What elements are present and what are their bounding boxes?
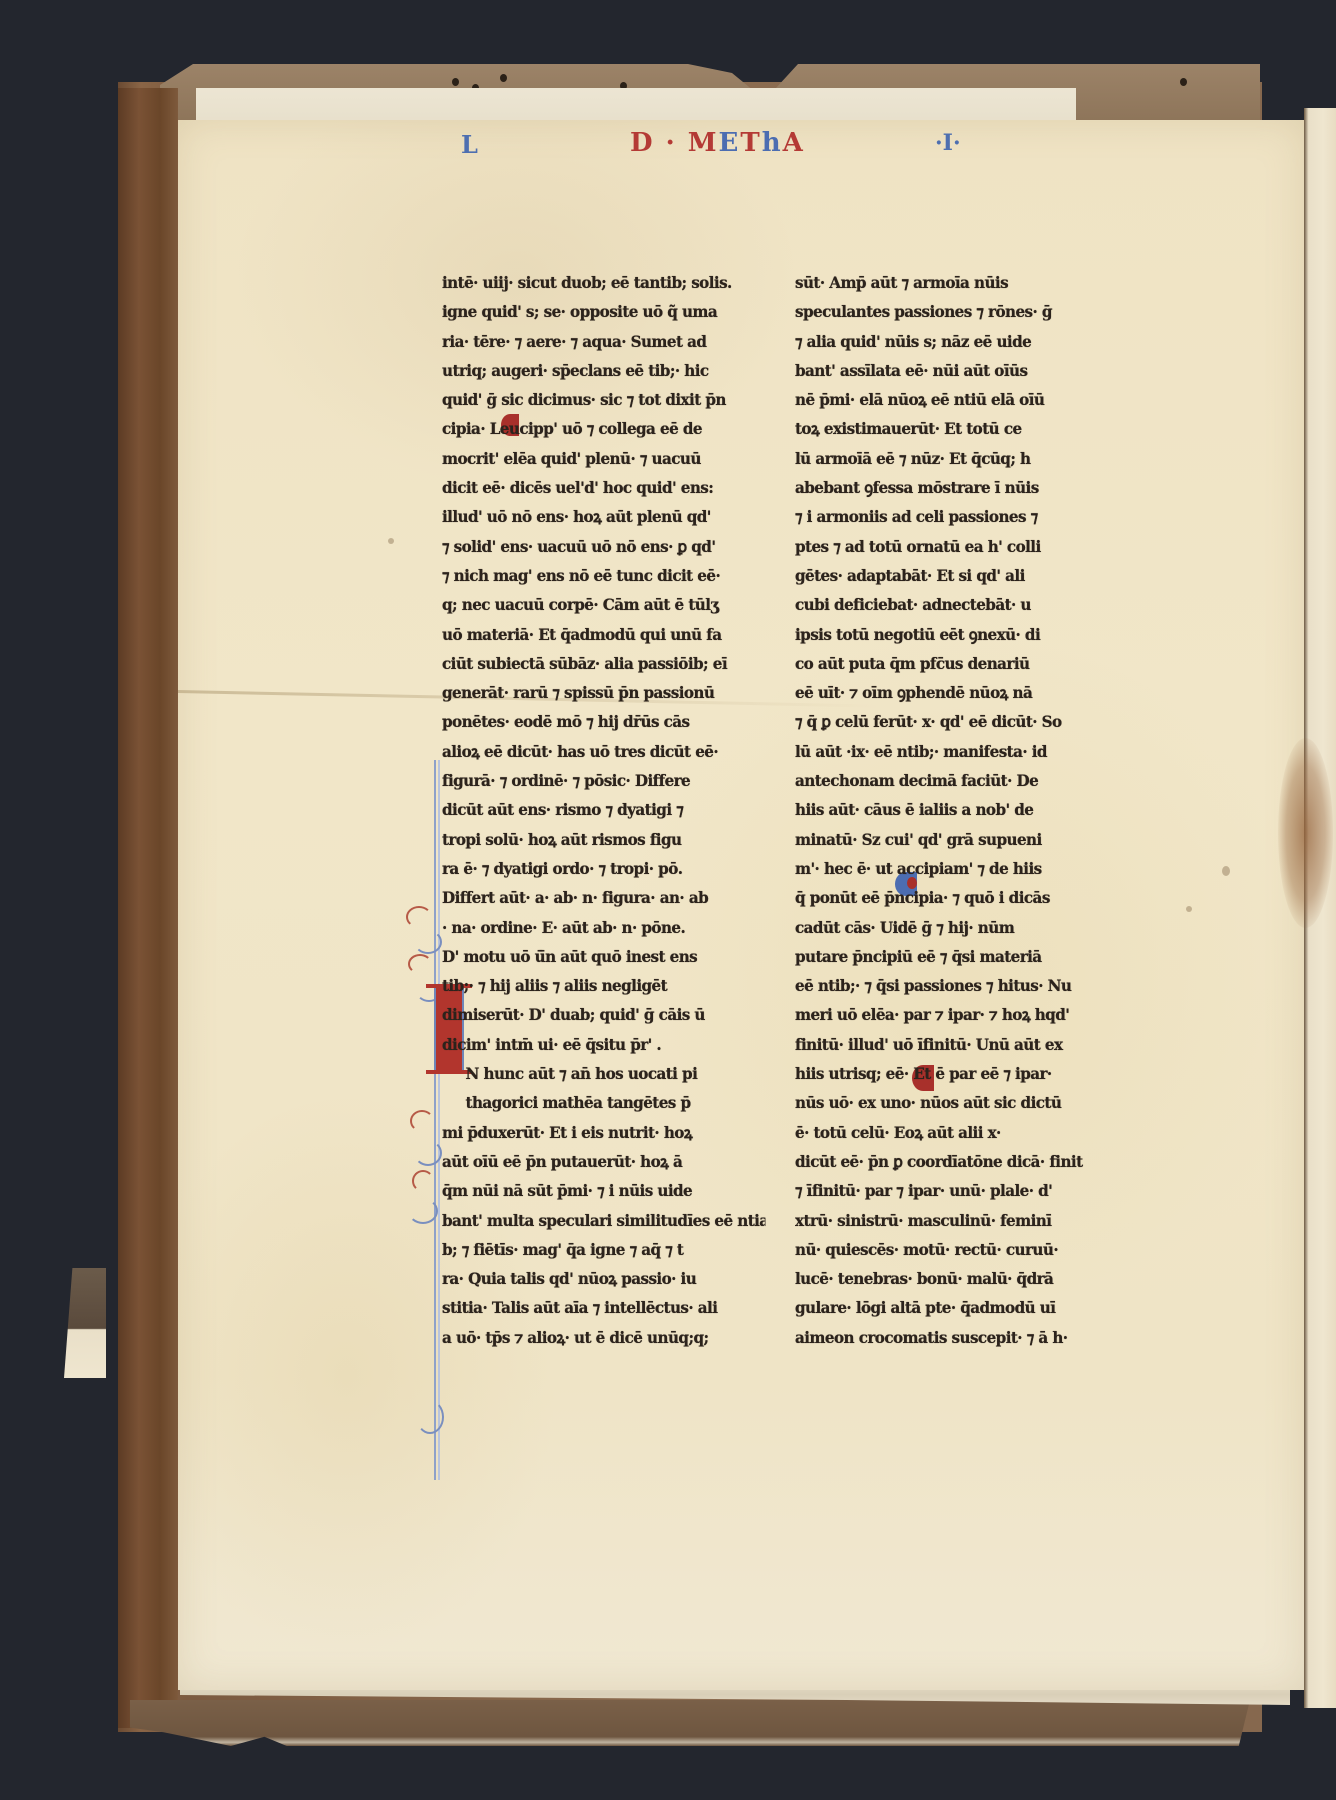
text-line: gulare· lōgi altā pte· q̄admodū uī: [795, 1293, 1118, 1322]
text-line: dicim' intm̄ ui· eē q̄situ p̄r' .: [442, 1030, 765, 1059]
flourish-stem: [434, 760, 436, 1480]
flourish-curl: [416, 1400, 444, 1434]
wormhole: [1180, 78, 1187, 86]
stain-speck: [388, 538, 394, 544]
text-line: bant' multa speculari similitudīes eē nt…: [442, 1206, 765, 1235]
text-line: intē· uiij· sicut duob; eē tantib; solis…: [442, 268, 765, 297]
text-line: toꝝ existimauerūt· Et totū ce: [795, 414, 1118, 443]
text-line: igne quid' s; se· opposite uō q̃ uma: [442, 297, 765, 326]
text-line: illud' uō nō ens· hoꝝ aūt plenū qd': [442, 502, 765, 531]
text-line: lucē· tenebras· bonū· malū· q̄drā: [795, 1264, 1118, 1293]
text-line: N hunc aūt ⁊ an̄ hos uocati pi: [442, 1059, 765, 1088]
text-line: D' motu uō ū̄n aūt quō inest ens: [442, 942, 765, 971]
text-line: generāt· rarū ⁊ spissū p̄n passionū: [442, 678, 765, 707]
binding-bottom-edge: [130, 1700, 1250, 1746]
text-line: bant' assīlata eē· nūi aūt oīūs: [795, 356, 1118, 385]
text-line: minatū· Sz cui' qd' grā supueni: [795, 825, 1118, 854]
stain-speck: [1222, 866, 1230, 876]
binding-spine-edge: [118, 88, 178, 1728]
text-line: nūs uō· ex uno· nūos aūt sic dictū: [795, 1088, 1118, 1117]
text-line: quid' ḡ sic dicimus· sic ⁊ tot dixit p̄n: [442, 385, 765, 414]
text-line: meri uō elēa· par ⁊ ipar· ⁊ hoꝝ hqd': [795, 1000, 1118, 1029]
text-line: dicūt eē· p̄n ꝑ coordīatōne dicā· finit: [795, 1147, 1118, 1176]
text-line: cipia· Leucipp' uō ⁊ collega eē de: [442, 414, 765, 443]
text-line: speculantes passiones ⁊ rōnes· ḡ: [795, 297, 1118, 326]
text-line: uō materiā· Et q̄admodū qui unū fa: [442, 620, 765, 649]
flourish-curl: [408, 954, 432, 974]
running-head-left-mark: L: [461, 130, 478, 159]
text-line: dicit eē· dicēs uel'd' hoc quid' ens:: [442, 473, 765, 502]
text-line: mocrit' elēa quid' plenū· ⁊ uacuū: [442, 444, 765, 473]
wormhole: [452, 78, 459, 86]
text-line: eē uīt· ⁊ oīm ꝯphendē nūoꝝ nā: [795, 678, 1118, 707]
flourish-curl: [406, 906, 432, 928]
rh-letter: E: [719, 128, 741, 158]
flourish-curl: [414, 1140, 442, 1166]
text-line: xtrū· sinistrū· masculinū· feminī: [795, 1206, 1118, 1235]
text-line: hiis utrisq; eē· Et ē par eē ⁊ ipar·: [795, 1059, 1118, 1088]
text-line: putare p̄ncipiū eē ⁊ q̄si materiā: [795, 942, 1118, 971]
text-line: ⁊ alia quid' nūis s; nāz eē uide: [795, 327, 1118, 356]
text-line: m'· hec ē· ut accipiam' ⁊ de hiis: [795, 854, 1118, 883]
text-line: tib;· ⁊ hij aliis ⁊ aliis negligēt: [442, 971, 765, 1000]
text-line: figurā· ⁊ ordinē· ⁊ pōsic· Differe: [442, 766, 765, 795]
text-line: ipsis totū negotiū eēt ꝯnexū· di: [795, 620, 1118, 649]
text-line: antechonam decimā faciūt· De: [795, 766, 1118, 795]
running-head-title: D · METhA: [630, 128, 805, 158]
text-line: a uō· tp̄s ⁊ alioꝝ· ut ē dicē unūq;q;: [442, 1323, 765, 1352]
text-line: alioꝝ eē dicūt· has uō tres dicūt eē·: [442, 737, 765, 766]
text-line: eē ntib;· ⁊ q̄si passiones ⁊ hitus· Nu: [795, 971, 1118, 1000]
text-line: nē p̄mi· elā nūoꝝ eē ntiū elā oīū: [795, 385, 1118, 414]
text-line: Differt aūt· a· ab· n· figura· an· ab: [442, 883, 765, 912]
text-line: cubi deficiebat· adnectebāt· u: [795, 590, 1118, 619]
text-line: hiis aūt· cāus ē ialiis a nob' de: [795, 795, 1118, 824]
text-line: ria· tēre· ⁊ aere· ⁊ aqua· Sumet ad: [442, 327, 765, 356]
text-line: ⁊ q̄ ꝑ celū ferūt· x· qd' eē dicūt· So: [795, 707, 1118, 736]
rh-letter: D: [630, 128, 655, 158]
text-line: q̄ ponūt eē p̄ncipia· ⁊ quō i dicās: [795, 883, 1118, 912]
text-line: co aūt puta q̄m pfc̄us denariū: [795, 649, 1118, 678]
text-line: nū· quiescēs· motū· rectū· curuū·: [795, 1235, 1118, 1264]
flourish-curl: [408, 1198, 438, 1224]
text-line: aimeon crocomatis suscepit· ⁊ ā h·: [795, 1323, 1118, 1352]
text-line: tropi solū· hoꝝ aūt rismos figu: [442, 825, 765, 854]
text-line: dimiserūt· D' duab; quid' ḡ cāis ū: [442, 1000, 765, 1029]
text-line: ciūt subiectā sūbāz· alia passiōib; eī: [442, 649, 765, 678]
text-column-right: sūt· Amp̄ aūt ⁊ armoīa nūis speculantes …: [795, 268, 1125, 1352]
text-line: ⁊ solid' ens· uacuū uō nō ens· ꝑ qd': [442, 532, 765, 561]
text-line: cadūt cās· Uidē ḡ ⁊ hij· nūm: [795, 913, 1118, 942]
text-line: ponētes· eodē mō ⁊ hij dr̄ūs cās: [442, 707, 765, 736]
flourish-stem: [438, 760, 440, 1480]
text-line: lū aūt ·ix· eē ntib;· manifesta· id: [795, 737, 1118, 766]
text-line: lū armoīā eē ⁊ nūz· Et q̄cūq; h: [795, 444, 1118, 473]
flourish-curl: [412, 1170, 434, 1192]
stain-speck: [1186, 906, 1192, 912]
text-line: thagorici mathēa tangētes p̄: [442, 1088, 765, 1117]
text-line: ⁊ īfinitū· par ⁊ ipar· unū· plale· d': [795, 1176, 1118, 1205]
text-line: ra ē· ⁊ dyatigi ordo· ⁊ tropi· pō.: [442, 854, 765, 883]
text-line: finitū· illud' uō īfinitū· Unū aūt ex: [795, 1030, 1118, 1059]
text-line: ra· Quia talis qd' nūoꝝ passio· iu: [442, 1264, 765, 1293]
running-head: L D · METhA ·I·: [455, 128, 1055, 168]
text-line: aūt oīū eē p̄n putauerūt· hoꝝ ā: [442, 1147, 765, 1176]
rh-letter: A: [783, 128, 805, 158]
wormhole: [500, 74, 507, 82]
text-line: stitia· Talis aūt aīa ⁊ intellēctus· ali: [442, 1293, 765, 1322]
text-line: ⁊ nich mag' ens nō eē tunc dicit eē·: [442, 561, 765, 590]
rh-letter: ·: [666, 128, 677, 158]
flourish-curl: [410, 1110, 434, 1132]
text-line: mi p̄duxerūt· Et i eis nutrit· hoꝝ: [442, 1118, 765, 1147]
parchment-tab: [64, 1268, 106, 1378]
rh-letter: T: [740, 128, 761, 158]
flourish-curl: [414, 930, 442, 954]
text-line: ⁊ i armoniis ad celi passiones ⁊: [795, 502, 1118, 531]
text-line: q; nec uacuū corpē· Cām aūt ē tūlʒ: [442, 590, 765, 619]
text-line: ē· totū celū· Eoꝝ aūt alii x·: [795, 1118, 1118, 1147]
text-line: dicūt aūt ens· rismo ⁊ dyatigi ⁊: [442, 795, 765, 824]
text-column-left: intē· uiij· sicut duob; eē tantib; solis…: [442, 268, 772, 1352]
text-line: b; ⁊ fiētīs· mag' q̄a igne ⁊ aq̄ ⁊ t: [442, 1235, 765, 1264]
running-head-book-number: ·I·: [935, 130, 961, 156]
rh-letter: h: [762, 128, 783, 158]
text-line: ptes ⁊ ad totū ornatū ea h' colli: [795, 532, 1118, 561]
text-line: utriq; augeri· sp̄eclans eē tib;· hic: [442, 356, 765, 385]
water-stain: [1278, 738, 1333, 928]
text-line: gētes· adaptabāt· Et si qd' ali: [795, 561, 1118, 590]
text-line: · na· ordine· E· aūt ab· n· pōne.: [442, 913, 765, 942]
text-line: sūt· Amp̄ aūt ⁊ armoīa nūis: [795, 268, 1118, 297]
text-line: abebant ꝯfessa mōstrare ī nūis: [795, 473, 1118, 502]
text-line: q̄m nūi nā sūt p̄mi· ⁊ i nūis uide: [442, 1176, 765, 1205]
rh-letter: M: [688, 128, 719, 158]
